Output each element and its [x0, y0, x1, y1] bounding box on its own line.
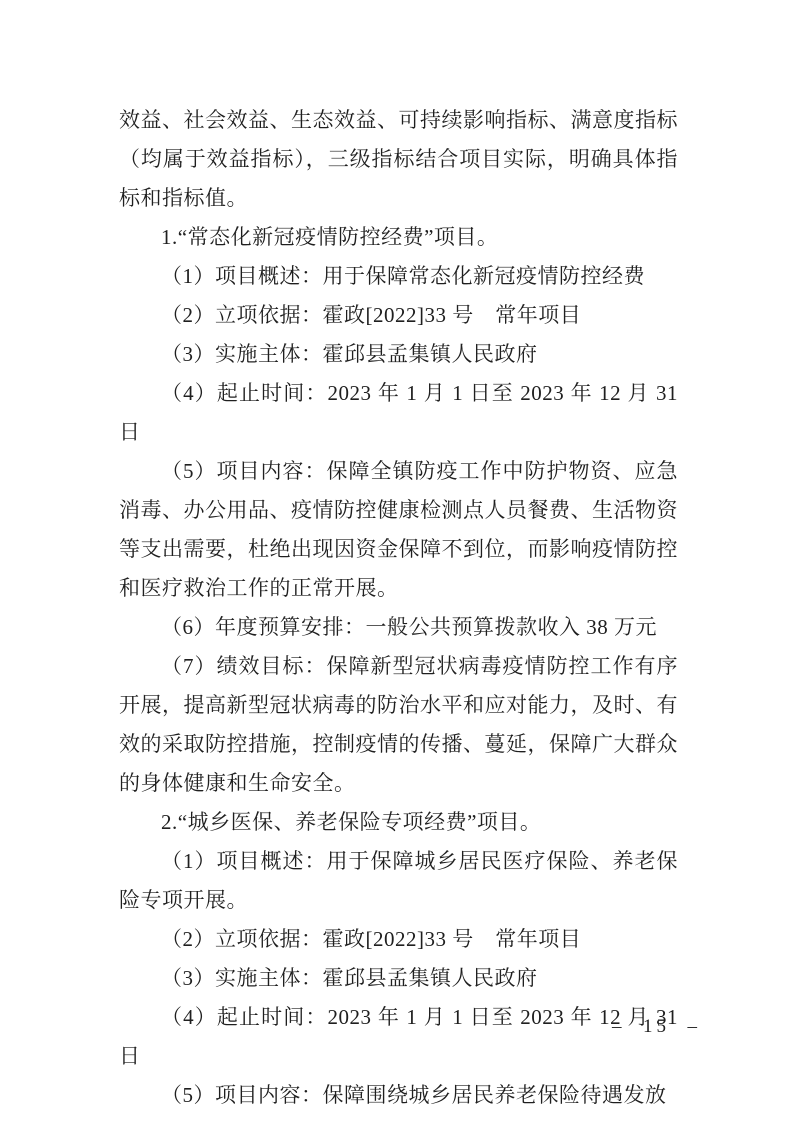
- page-number: – 15 –: [612, 1016, 701, 1038]
- document-paragraph: （2）立项依据：霍政[2022]33 号 常年项目: [119, 296, 678, 335]
- document-paragraph: （6）年度预算安排：一般公共预算拨款收入 38 万元: [119, 608, 678, 647]
- document-paragraph: （5）项目内容：保障全镇防疫工作中防护物资、应急消毒、办公用品、疫情防控健康检测…: [119, 452, 678, 608]
- document-paragraph: （1）项目概述：用于保障城乡居民医疗保险、养老保险专项开展。: [119, 842, 678, 920]
- document-paragraph: 1.“常态化新冠疫情防控经费”项目。: [119, 218, 678, 257]
- document-paragraph: （2）立项依据：霍政[2022]33 号 常年项目: [119, 920, 678, 959]
- document-paragraph: （3）实施主体：霍邱县孟集镇人民政府: [119, 959, 678, 998]
- document-page: 效益、社会效益、生态效益、可持续影响指标、满意度指标（均属于效益指标），三级指标…: [0, 0, 793, 1122]
- document-paragraph: （4）起止时间：2023 年 1 月 1 日至 2023 年 12 月 31 日: [119, 374, 678, 452]
- document-body: 效益、社会效益、生态效益、可持续影响指标、满意度指标（均属于效益指标），三级指标…: [119, 101, 678, 1115]
- document-paragraph: 2.“城乡医保、养老保险专项经费”项目。: [119, 803, 678, 842]
- document-paragraph: （7）绩效目标：保障新型冠状病毒疫情防控工作有序开展，提高新型冠状病毒的防治水平…: [119, 647, 678, 803]
- document-paragraph: （1）项目概述：用于保障常态化新冠疫情防控经费: [119, 257, 678, 296]
- document-paragraph: 效益、社会效益、生态效益、可持续影响指标、满意度指标（均属于效益指标），三级指标…: [119, 101, 678, 218]
- document-paragraph: （4）起止时间：2023 年 1 月 1 日至 2023 年 12 月 31 日: [119, 998, 678, 1076]
- document-paragraph: （5）项目内容：保障围绕城乡居民养老保险待遇发放: [119, 1076, 678, 1115]
- document-paragraph: （3）实施主体：霍邱县孟集镇人民政府: [119, 335, 678, 374]
